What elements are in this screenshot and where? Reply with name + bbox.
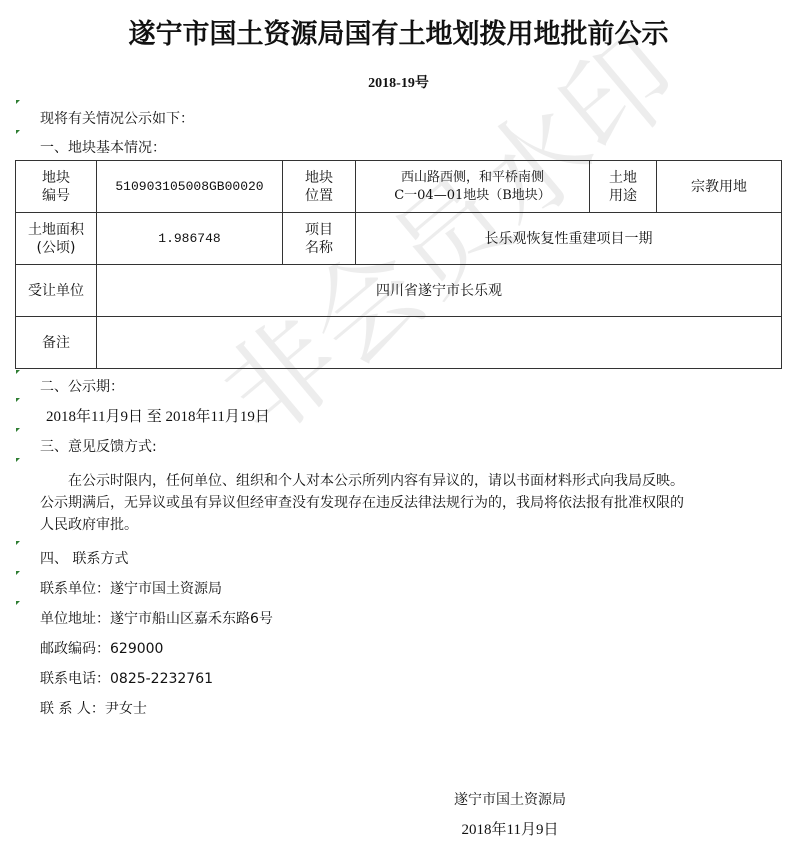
paragraph-marker-icon	[16, 370, 20, 374]
label-land-area: 土地面积(公顷)	[16, 213, 97, 265]
value-parcel-number: 510903105008GB00020	[97, 161, 283, 213]
table-row: 地块编号 510903105008GB00020 地块位置 西山路西侧，和平桥南…	[16, 161, 782, 213]
value-land-area: 1.986748	[97, 213, 283, 265]
label-remarks: 备注	[16, 317, 97, 369]
paragraph-marker-icon	[16, 100, 20, 104]
paragraph-marker-icon	[16, 601, 20, 605]
label-transferee: 受让单位	[16, 265, 97, 317]
contact-org: 联系单位：遂宁市国土资源局	[40, 578, 222, 598]
land-info-table: 地块编号 510903105008GB00020 地块位置 西山路西侧，和平桥南…	[15, 160, 782, 369]
contact-person: 联 系 人：尹女士	[40, 698, 147, 718]
document-number: 2018-19号	[0, 72, 797, 92]
value-land-use: 宗教用地	[657, 161, 782, 213]
paragraph-marker-icon	[16, 571, 20, 575]
paragraph-marker-icon	[16, 130, 20, 134]
table-row: 受让单位 四川省遂宁市长乐观	[16, 265, 782, 317]
section4-heading: 四、 联系方式	[40, 548, 128, 568]
publicity-period: 2018年11月9日 至 2018年11月19日	[46, 405, 270, 426]
value-transferee: 四川省遂宁市长乐观	[97, 265, 782, 317]
contact-postcode: 邮政编码：629000	[40, 638, 163, 658]
signature-org: 遂宁市国土资源局	[400, 789, 620, 809]
section2-heading: 二、公示期：	[40, 376, 124, 396]
paragraph-marker-icon	[16, 458, 20, 462]
table-row: 土地面积(公顷) 1.986748 项目名称 长乐观恢复性重建项目一期	[16, 213, 782, 265]
label-land-use: 土地用途	[590, 161, 657, 213]
intro-text: 现将有关情况公示如下：	[40, 108, 194, 128]
label-project-name: 项目名称	[283, 213, 356, 265]
paragraph-marker-icon	[16, 428, 20, 432]
value-remarks	[97, 317, 782, 369]
value-parcel-location: 西山路西侧，和平桥南侧C一04—01地块（B地块）	[356, 161, 590, 213]
contact-phone: 联系电话：0825-2232761	[40, 668, 213, 688]
paragraph-marker-icon	[16, 398, 20, 402]
section3-heading: 三、意见反馈方式:	[40, 436, 157, 456]
feedback-paragraph: 在公示时限内，任何单位、组织和个人对本公示所列内容有异议的，请以书面材料形式向我…	[40, 470, 690, 536]
value-project-name: 长乐观恢复性重建项目一期	[356, 213, 782, 265]
paragraph-marker-icon	[16, 541, 20, 545]
signature-date: 2018年11月9日	[400, 818, 620, 839]
page-title: 遂宁市国土资源局国有土地划拨用地批前公示	[0, 12, 797, 51]
contact-address: 单位地址：遂宁市船山区嘉禾东路6号	[40, 608, 273, 628]
label-parcel-location: 地块位置	[283, 161, 356, 213]
section1-heading: 一、地块基本情况：	[40, 137, 166, 157]
label-parcel-number: 地块编号	[16, 161, 97, 213]
table-row: 备注	[16, 317, 782, 369]
